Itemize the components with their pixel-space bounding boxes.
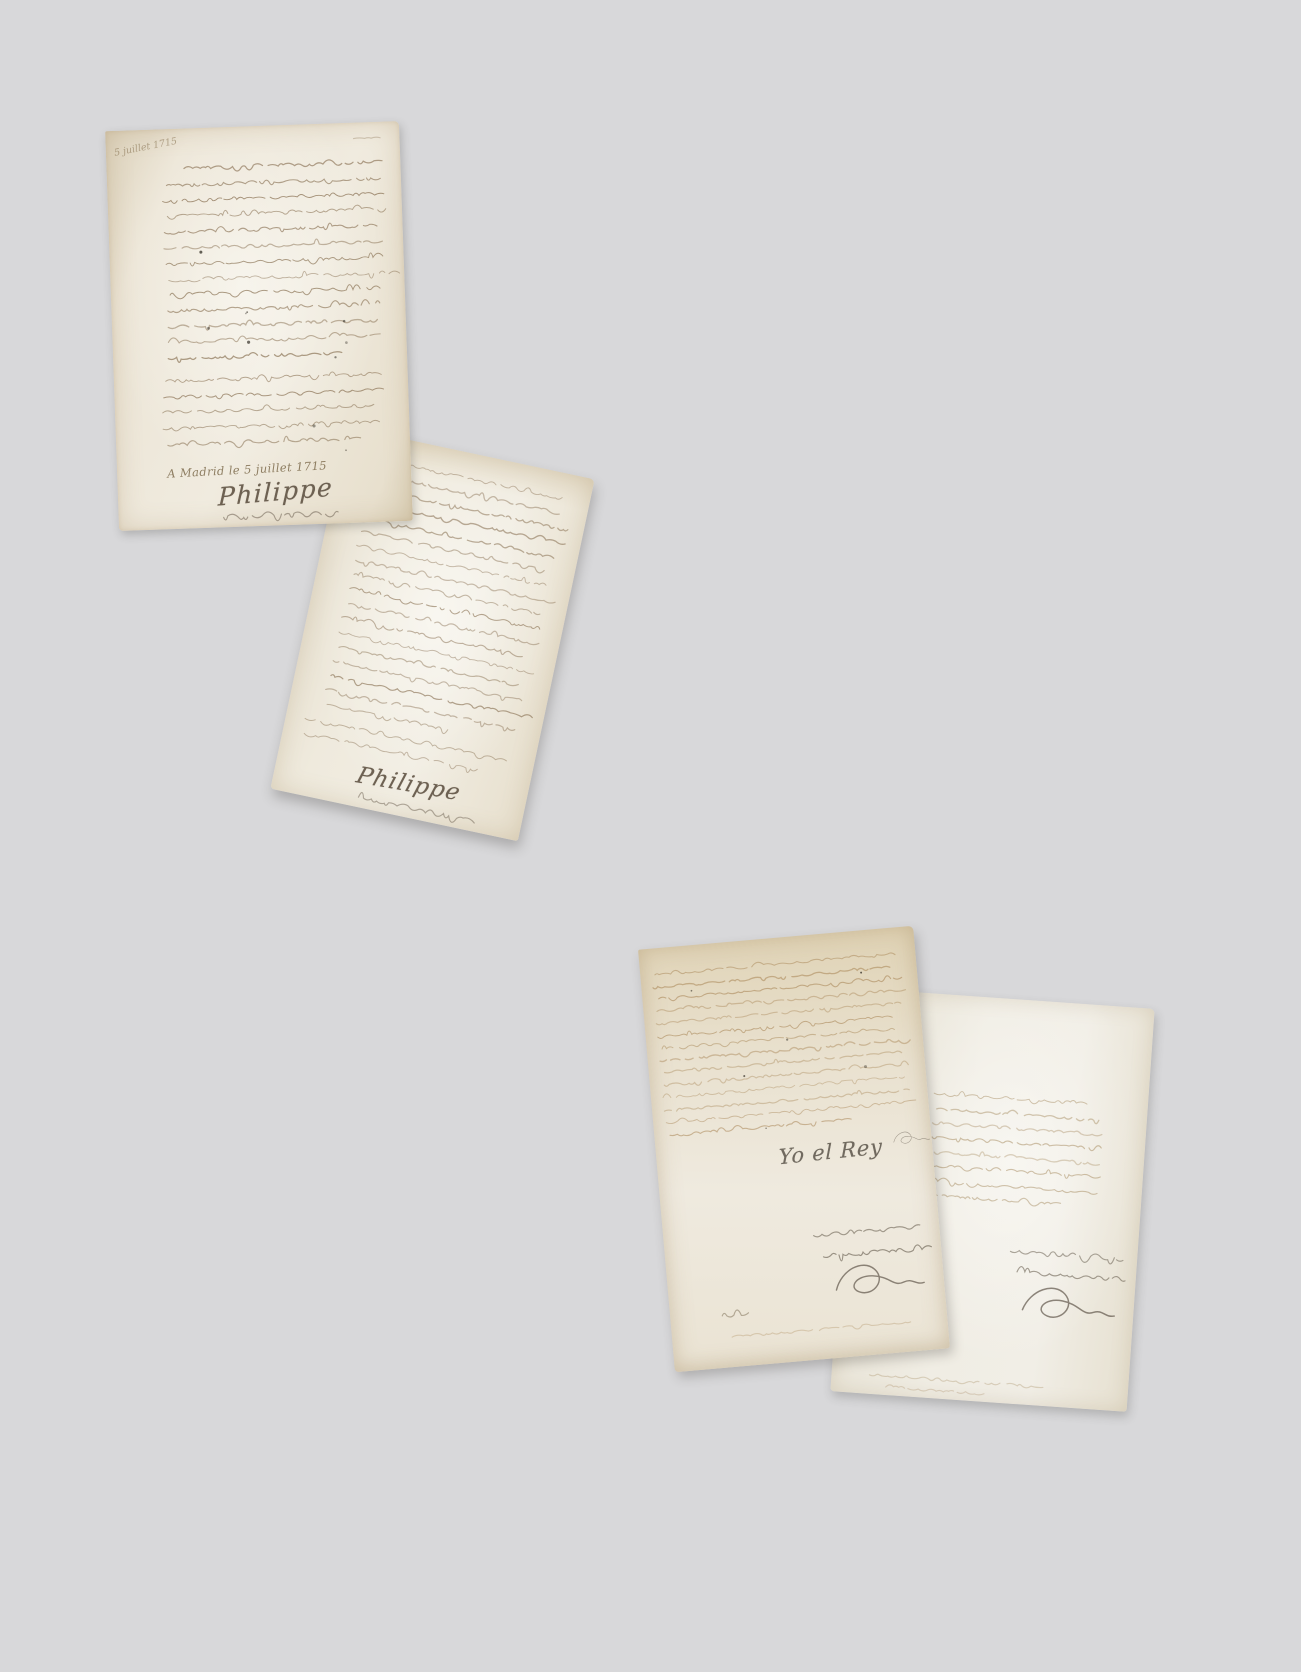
- handwriting-stroke: [326, 702, 448, 734]
- handwriting-stroke: [932, 1121, 1102, 1137]
- handwriting-stroke: [666, 1098, 916, 1126]
- handwriting-stroke: [1022, 1286, 1116, 1321]
- document-letter-3: Yo el Rey: [638, 926, 950, 1372]
- handwriting-stroke: [166, 252, 383, 269]
- ink-speck: [786, 1038, 788, 1040]
- document-letter-1: 5 juillet 1715 A Madrid le 5 juillet 171…: [105, 121, 413, 531]
- ink-speck: [245, 313, 247, 315]
- handwriting-stroke: [655, 950, 896, 976]
- handwriting-stroke: [663, 1073, 905, 1101]
- handwriting-stroke: [934, 1090, 1087, 1108]
- handwriting-stroke: [934, 1149, 1100, 1167]
- ink-speck: [345, 341, 348, 344]
- handwriting-stroke: [168, 349, 342, 362]
- ink-speck: [691, 990, 693, 992]
- handwriting-stroke: [664, 1060, 908, 1088]
- handwriting-stroke: [168, 331, 380, 345]
- handwriting-stroke: [163, 401, 374, 415]
- ink-speck: [247, 341, 250, 344]
- handwriting-stroke: [653, 965, 890, 990]
- handwriting-stroke: [169, 268, 400, 285]
- ink-speck: [199, 251, 202, 254]
- photo-canvas: 5 juillet 1715 A Madrid le 5 juillet 171…: [0, 0, 1301, 1672]
- handwriting-stroke: [936, 1105, 1099, 1124]
- ink-speck: [334, 356, 336, 358]
- handwriting-stroke: [163, 419, 380, 432]
- handwriting-stroke: [835, 1260, 925, 1295]
- handwriting-stroke: [164, 237, 383, 251]
- handwriting-stroke: [657, 987, 906, 1014]
- handwriting-stroke: [353, 137, 380, 139]
- ink-speck: [246, 311, 248, 313]
- handwriting-stroke: [164, 388, 384, 401]
- handwriting-stroke: [664, 1048, 901, 1074]
- handwriting-stroke: [664, 1086, 909, 1112]
- handwriting-stroke: [930, 1177, 1097, 1196]
- handwriting-stroke: [869, 1373, 1043, 1389]
- handwriting-stroke: [929, 1161, 1100, 1180]
- handwriting-stroke: [823, 1244, 932, 1263]
- handwriting-stroke: [1010, 1248, 1123, 1265]
- ink-speck: [765, 1127, 767, 1129]
- handwriting-stroke: [224, 509, 339, 522]
- handwriting-stroke: [167, 204, 386, 219]
- handwriting-stroke: [656, 1001, 901, 1027]
- handwriting-stroke: [930, 1192, 1061, 1208]
- handwriting-stroke: [886, 1385, 985, 1396]
- handwriting-stroke: [722, 1309, 749, 1318]
- handwriting-stroke: [657, 1013, 892, 1040]
- handwriting-stroke: [662, 1026, 895, 1052]
- handwriting-stroke: [168, 316, 377, 332]
- handwriting-stroke: [166, 176, 380, 189]
- handwriting-stroke: [325, 687, 515, 733]
- handwriting-stroke: [353, 571, 540, 618]
- handwriting-stroke: [1017, 1266, 1126, 1282]
- handwriting-stroke: [166, 370, 382, 385]
- handwriting-stroke: [163, 191, 384, 204]
- handwriting-stroke: [932, 1134, 1101, 1152]
- ink-speck: [860, 971, 862, 973]
- handwriting-stroke: [893, 1130, 930, 1144]
- handwriting-stroke: [184, 158, 382, 173]
- handwriting-stroke: [658, 975, 902, 1003]
- ink-speck: [743, 1075, 745, 1077]
- handwriting-stroke: [164, 221, 377, 236]
- handwriting-stroke: [170, 284, 380, 300]
- handwriting-stroke: [168, 434, 361, 450]
- handwriting-stroke: [813, 1224, 920, 1238]
- ink-speck: [345, 449, 347, 451]
- handwriting-stroke: [168, 299, 380, 314]
- handwriting-stroke: [732, 1320, 911, 1340]
